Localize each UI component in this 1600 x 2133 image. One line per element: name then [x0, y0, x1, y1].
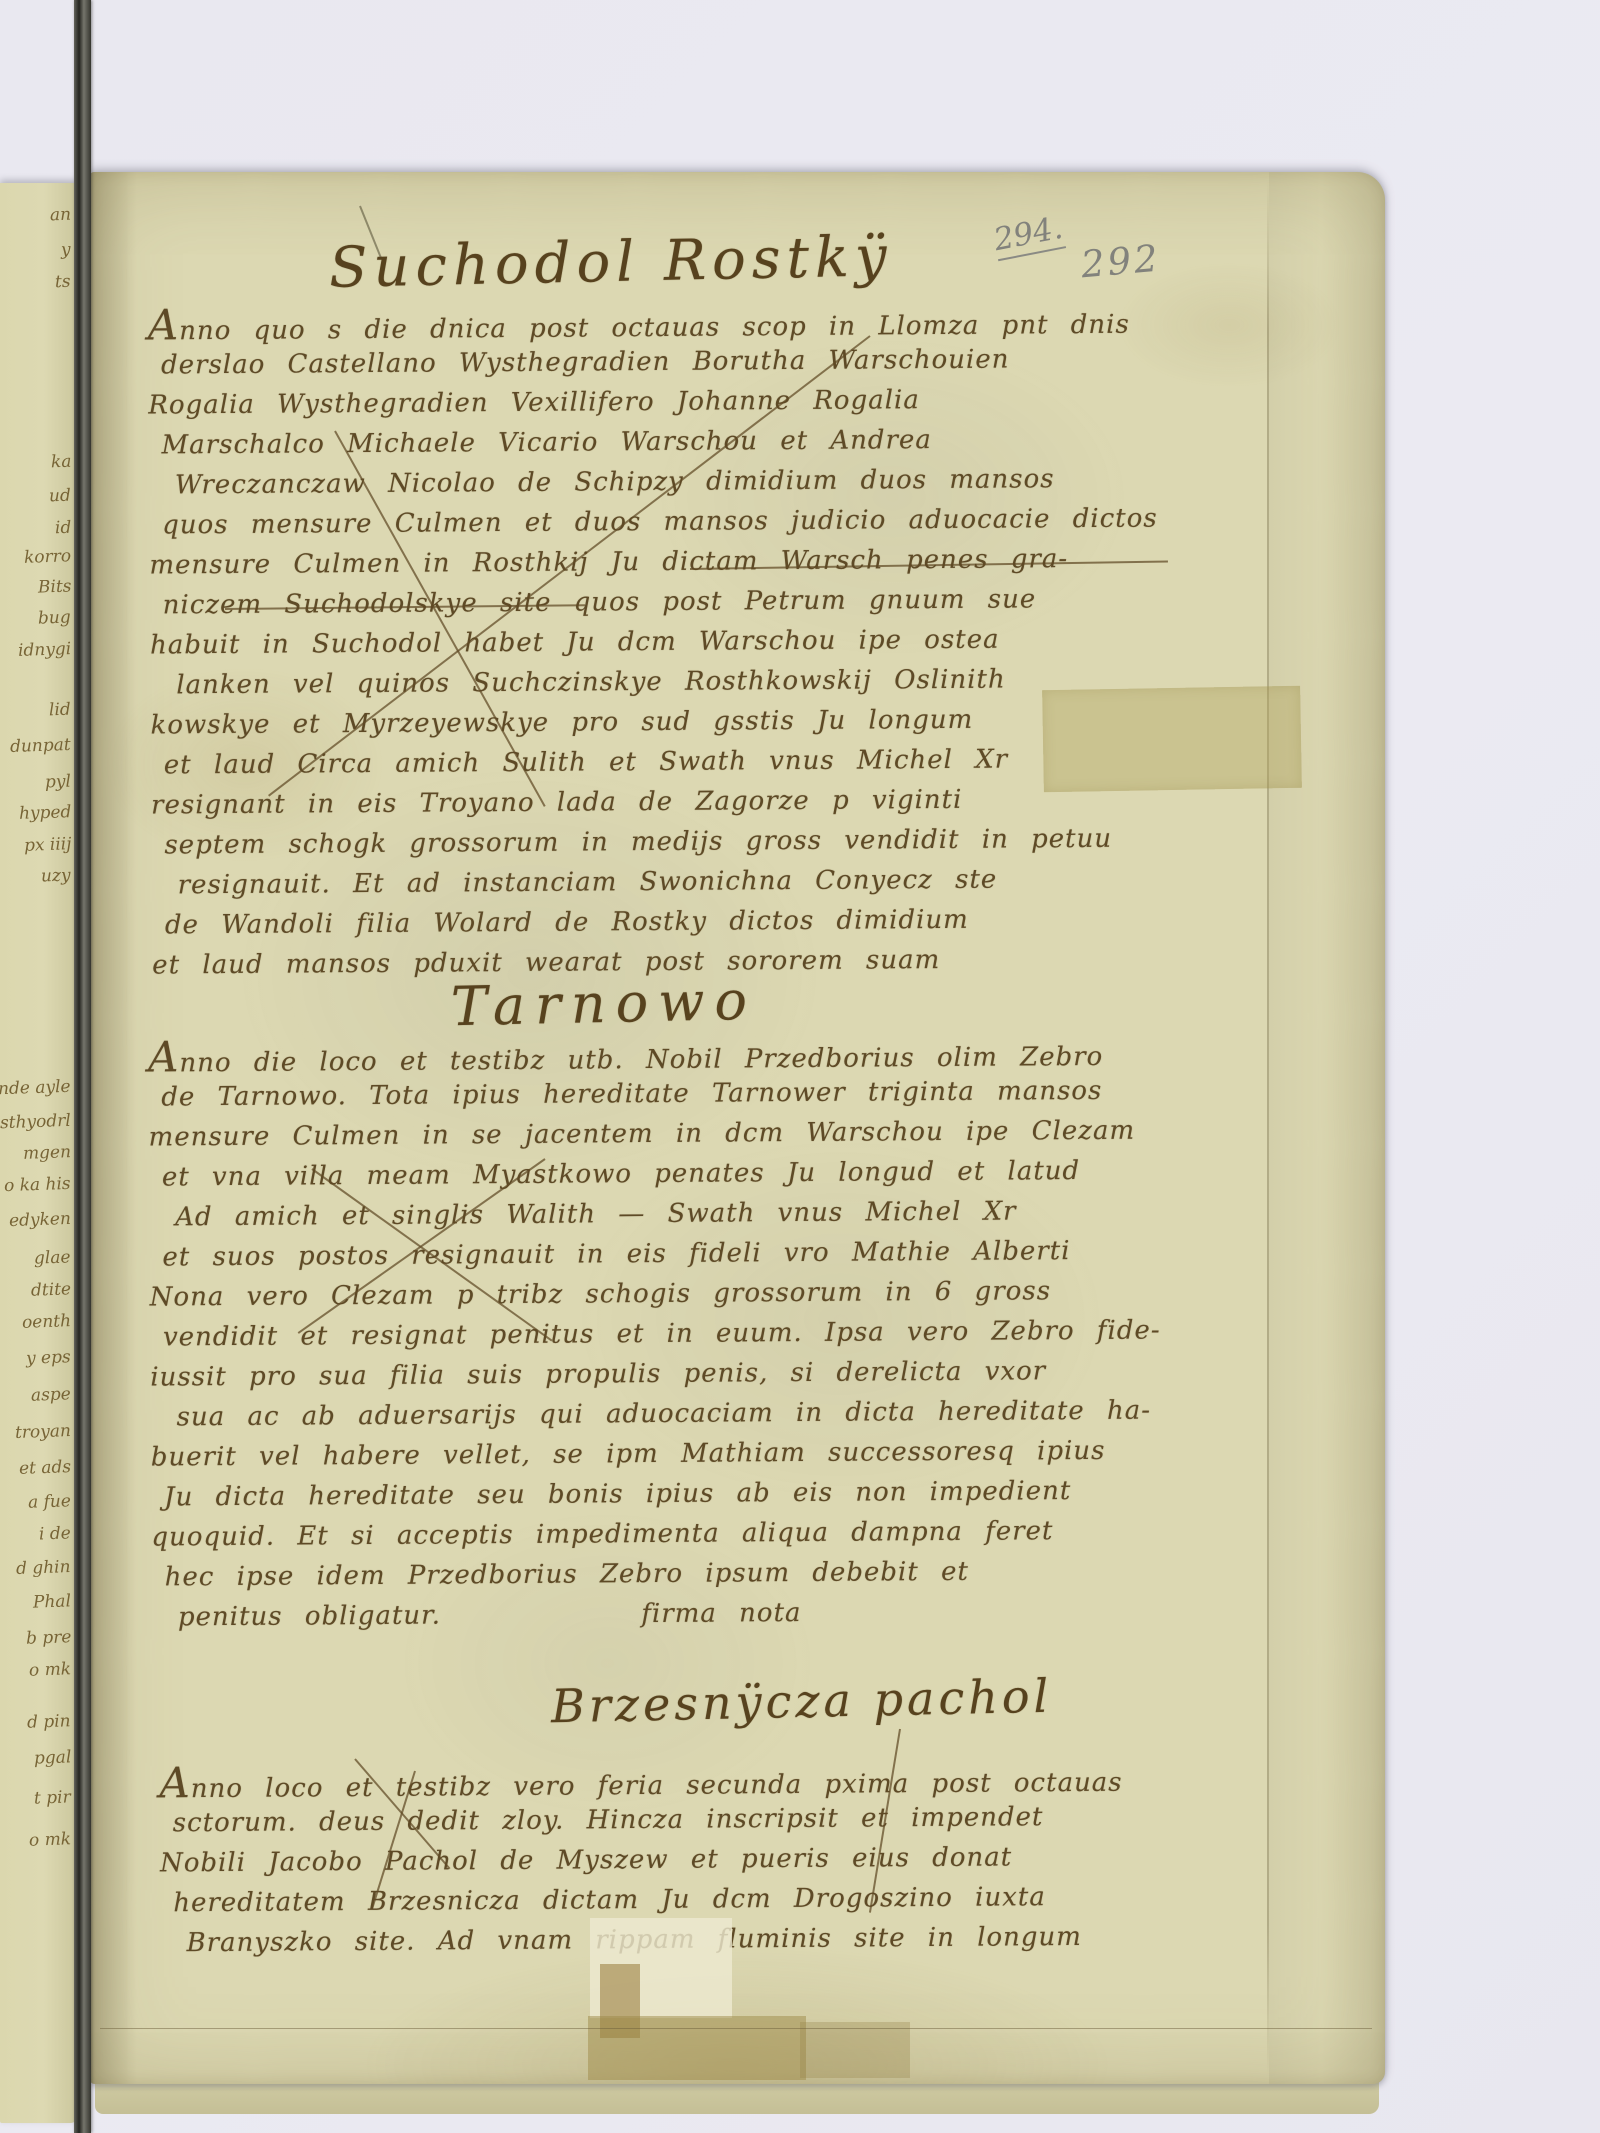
tape-repair-patch	[800, 2022, 910, 2078]
verso-text-fragment: korro	[24, 546, 72, 568]
paragraph-tarnowo: Anno die loco et testibz utb. Nobil Prze…	[148, 1030, 1163, 1637]
verso-text-fragment: hyped	[18, 802, 71, 824]
manuscript-line: quos mensure Culmen et duos mansos judic…	[149, 498, 1158, 545]
verso-text-fragment: y	[61, 240, 71, 260]
section-heading-suchodol-rostky: Suchodol Rostkÿ	[328, 224, 893, 301]
manuscript-line: et laud Circa amich Sulith et Swath vnus…	[151, 738, 1160, 785]
verso-text-fragment: Phal	[33, 1591, 72, 1612]
section-heading-brzesnycza-pachol: Brzesnÿcza pachol	[550, 1669, 1052, 1733]
verso-text-fragment: pyl	[45, 772, 72, 793]
manuscript-line: Ju dicta hereditate seu bonis ipius ab e…	[151, 1470, 1162, 1517]
section-heading-tarnowo: Tarnowo	[450, 969, 757, 1038]
verso-text-fragment: b pre	[25, 1627, 71, 1649]
verso-text-fragment: uzy	[41, 865, 71, 886]
manuscript-line: hereditatem Brzesnicza dictam Ju dcm Dro…	[160, 1877, 1123, 1924]
manuscript-line: kowskye et Myrzeyewskye pro sud gsstis J…	[150, 698, 1159, 745]
verso-text-fragment: mgen	[23, 1142, 72, 1164]
manuscript-line: buerit vel habere vellet, se ipm Mathiam…	[151, 1430, 1162, 1477]
verso-text-fragment: t pir	[34, 1787, 71, 1808]
manuscript-line: Marschalco Michaele Vicario Warschou et …	[148, 418, 1157, 465]
gutter-shadow	[89, 172, 137, 2084]
manuscript-line: vendidit et resignat penitus et in euum.…	[150, 1310, 1161, 1357]
verso-text-fragment: dunpat	[10, 735, 71, 757]
book-clamp-rod	[74, 0, 91, 2133]
manuscript-line: Ad amich et singlis Walith — Swath vnus …	[149, 1190, 1160, 1237]
manuscript-page: 294. 292 Suchodol Rostkÿ Anno quo s die …	[89, 172, 1385, 2084]
manuscript-line: Nobili Jacobo Pachol de Myszew et pueris…	[160, 1837, 1123, 1884]
verso-text-fragment: lid	[49, 700, 71, 721]
verso-text-fragment: ts	[55, 272, 71, 293]
verso-text-fragment: px iiij	[23, 834, 71, 856]
verso-text-fragment: d ghin	[16, 1557, 71, 1579]
verso-text-fragment: an	[50, 205, 72, 226]
verso-text-fragment: a fue	[28, 1491, 72, 1512]
verso-text-fragment: sthyodrl	[0, 1111, 71, 1133]
verso-text-fragment: nde ayle	[0, 1077, 71, 1100]
right-edge-shading	[1269, 172, 1385, 2084]
verso-text-fragment: oenth	[22, 1311, 72, 1333]
verso-text-fragment: ud	[49, 486, 72, 507]
verso-text-fragment: idnygi	[17, 639, 71, 661]
manuscript-line: sua ac ab aduersarijs qui aduocaciam in …	[150, 1390, 1161, 1437]
verso-text-fragment: pgal	[33, 1747, 71, 1768]
manuscript-line: penitus obligatur. firma nota	[152, 1590, 1163, 1637]
verso-text-fragment: Bits	[37, 576, 71, 597]
manuscript-line: mensure Culmen in se jacentem in dcm War…	[148, 1110, 1159, 1157]
manuscript-line: septem schogk grossorum in medijs gross …	[151, 818, 1160, 865]
manuscript-line: Anno die loco et testibz utb. Nobil Prze…	[148, 1030, 1159, 1077]
verso-text-fragment: o mk	[29, 1659, 72, 1680]
manuscript-line: et suos postos resignauit in eis fideli …	[149, 1230, 1160, 1277]
verso-text-fragment: bug	[38, 607, 71, 628]
manuscript-line: quoquid. Et si acceptis impedimenta aliq…	[151, 1510, 1162, 1557]
manuscript-line: iussit pro sua filia suis propulis penis…	[150, 1350, 1161, 1397]
verso-text-fragment: ka	[50, 452, 71, 473]
manuscript-line: de Tarnowo. Tota ipius hereditate Tarnow…	[148, 1070, 1159, 1117]
manuscript-line: niczem Suchodolskye site quos post Petru…	[150, 578, 1159, 625]
folio-number-new: 292	[1079, 237, 1162, 287]
tape-repair-patch	[588, 2016, 806, 2080]
manuscript-line: et vna villa meam Myastkowo penates Ju l…	[149, 1150, 1160, 1197]
verso-text-fragment: d pin	[27, 1711, 71, 1733]
manuscript-line: resignant in eis Troyano lada de Zagorze…	[151, 778, 1160, 825]
manuscript-line: Anno loco et testibz vero feria secunda …	[159, 1757, 1122, 1804]
manuscript-line: Rogalia Wysthegradien Vexillifero Johann…	[148, 378, 1157, 425]
verso-text-fragment: et ads	[19, 1457, 72, 1479]
manuscript-line: sctorum. deus dedit zloy. Hincza inscrip…	[160, 1797, 1123, 1844]
manuscript-line: de Wandoli filia Wolard de Rostky dictos…	[152, 898, 1161, 945]
manuscript-line: hec ipse idem Przedborius Zebro ipsum de…	[152, 1550, 1163, 1597]
manuscript-line: lanken vel quinos Suchczinskye Rosthkows…	[150, 658, 1159, 705]
verso-text-fragment: edyken	[9, 1209, 72, 1231]
manuscript-line: Branyszko site. Ad vnam rippam fluminis …	[160, 1917, 1123, 1964]
paragraph-suchodol-rostky: Anno quo s die dnica post octauas scop i…	[148, 298, 1161, 985]
folio-number-old: 294.	[991, 210, 1066, 261]
manuscript-line: mensure Culmen in Rosthkij Ju dictam War…	[149, 538, 1158, 585]
verso-text-fragment: dtite	[31, 1279, 72, 1300]
paragraph-brzesnycza-pachol: Anno loco et testibz vero feria secunda …	[159, 1757, 1124, 1964]
manuscript-line: resignauit. Et ad instanciam Swonichna C…	[152, 858, 1161, 905]
verso-text-fragment: o mk	[29, 1829, 72, 1850]
verso-text-fragment: aspe	[31, 1384, 71, 1405]
underlying-sheet-edge-line	[100, 2028, 1372, 2029]
manuscript-line: derslao Castellano Wysthegradien Borutha…	[148, 338, 1157, 385]
manuscript-line: Nona vero Clezam p tribz schogis grossor…	[150, 1270, 1161, 1317]
tape-repair-patch	[600, 1964, 640, 2038]
verso-text-fragment: y eps	[26, 1347, 71, 1369]
manuscript-line: Wreczanczaw Nicolao de Schipzy dimidium …	[149, 458, 1158, 505]
verso-text-fragment: id	[54, 518, 71, 539]
verso-text-fragment: o ka his	[4, 1174, 71, 1196]
manuscript-line: Anno quo s die dnica post octauas scop i…	[148, 298, 1157, 345]
vertical-fold-crease	[1267, 180, 1269, 2076]
manuscript-line: habuit in Suchodol habet Ju dcm Warschou…	[150, 618, 1159, 665]
verso-text-fragment: glae	[34, 1247, 71, 1268]
verso-text-fragment: troyan	[15, 1421, 72, 1443]
verso-fragments: anytskaudidkorroBitsbugidnygiliddunpatpy…	[0, 0, 78, 2133]
verso-text-fragment: i de	[39, 1523, 71, 1544]
scanner-background: anytskaudidkorroBitsbugidnygiliddunpatpy…	[0, 0, 1600, 2133]
underlying-page-sliver	[95, 2082, 1379, 2114]
